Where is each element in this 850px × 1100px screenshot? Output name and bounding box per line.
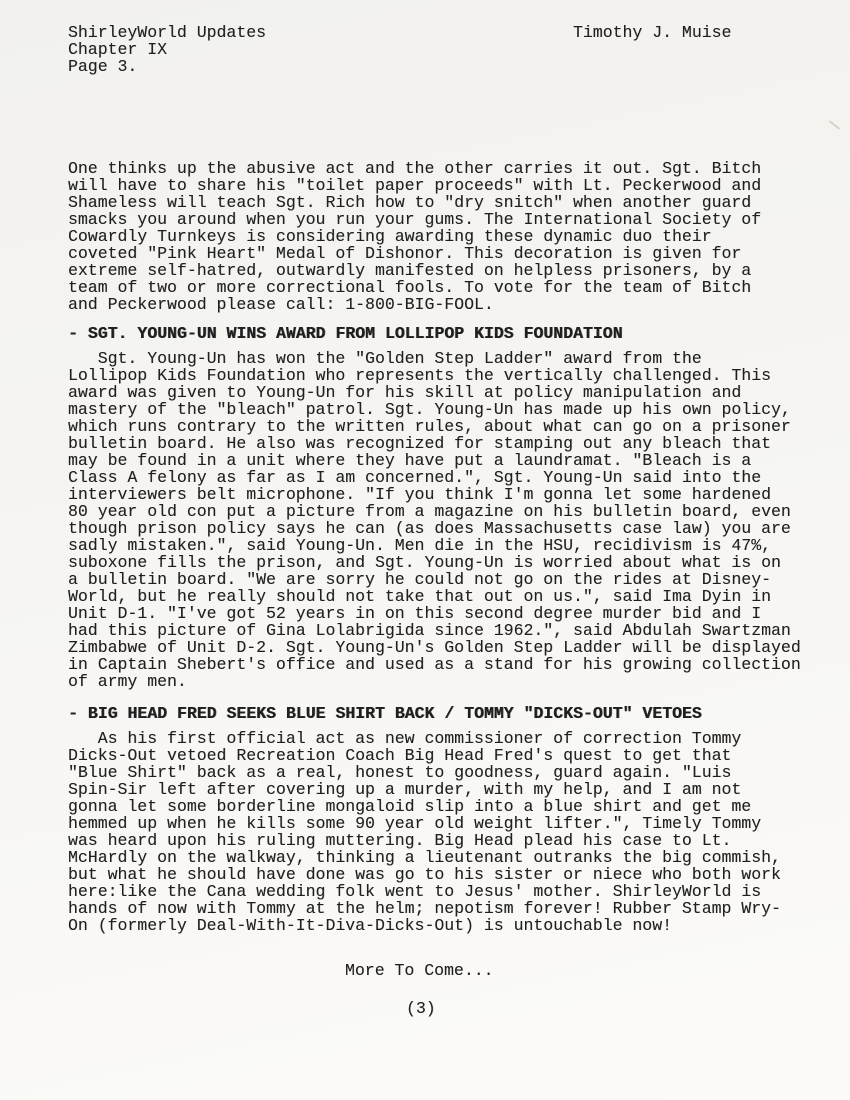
header-left-block: ShirleyWorld Updates Chapter IX Page 3. (68, 24, 266, 75)
paragraph-bitch-peckerwood: One thinks up the abusive act and the ot… (68, 160, 761, 313)
scan-scratch-mark (829, 120, 840, 130)
paragraph-big-head-fred: As his first official act as new commiss… (68, 730, 781, 934)
section-heading-big-head-fred: - BIG HEAD FRED SEEKS BLUE SHIRT BACK / … (68, 705, 702, 722)
paragraph-young-un-award: Sgt. Young-Un has won the "Golden Step L… (68, 350, 801, 690)
header-author: Timothy J. Muise (573, 24, 731, 41)
footer-page-number: (3) (406, 1000, 436, 1017)
typewritten-page: ShirleyWorld Updates Chapter IX Page 3. … (0, 0, 850, 1100)
footer-more-to-come: More To Come... (345, 962, 494, 979)
section-heading-young-un-award: - SGT. YOUNG-UN WINS AWARD FROM LOLLIPOP… (68, 325, 623, 342)
